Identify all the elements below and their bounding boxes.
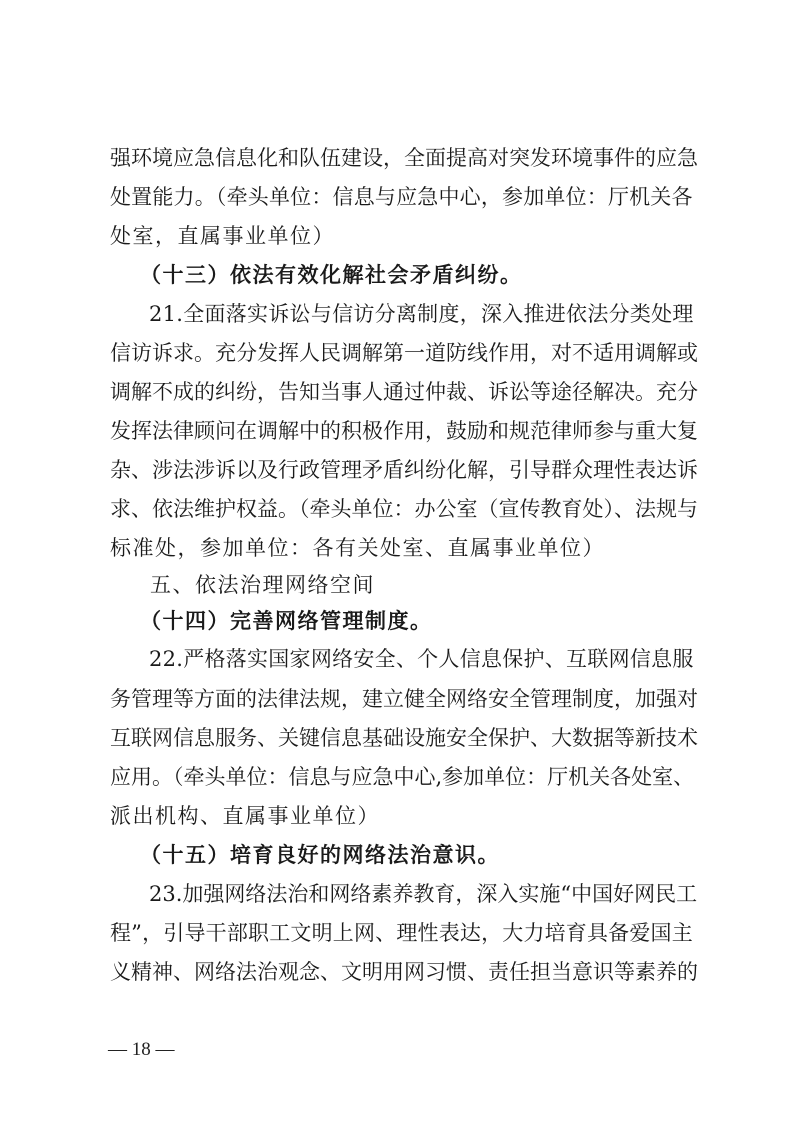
page-number: — 18 — (108, 1036, 175, 1064)
text-line: 处室，直属事业单位） (110, 221, 693, 251)
text-line: 互联网信息服务、关键信息基础设施安全保护、大数据等新技术 (110, 723, 693, 753)
paragraph-23-start: 23.加强网络法治和网络素养教育，深入实施“中国好网民工 (149, 879, 693, 909)
paragraph-22-start: 22.严格落实国家网络安全、个人信息保护、互联网信息服 (149, 644, 693, 674)
subheading-13: （十三）依法有效化解社会矛盾纠纷。 (140, 260, 684, 290)
text-line: 应用。（牵头单位：信息与应急中心,参加单位：厅机关各处室、 (110, 762, 693, 792)
document-page: 强环境应急信息化和队伍建设，全面提高对突发环境事件的应急 处置能力。（牵头单位：… (0, 0, 793, 1121)
text-line: 强环境应急信息化和队伍建设，全面提高对突发环境事件的应急 (110, 143, 693, 173)
text-line: 标准处，参加单位：各有关处室、直属事业单位） (110, 533, 693, 563)
section-heading-5: 五、依法治理网络空间 (150, 570, 694, 600)
text-line: 派出机构、直属事业单位） (110, 801, 693, 831)
text-line: 求、依法维护权益。（牵头单位：办公室（宣传教育处）、法规与 (110, 494, 693, 524)
text-line: 发挥法律顾问在调解中的积极作用，鼓励和规范律师参与重大复 (110, 416, 693, 446)
text-line: 处置能力。（牵头单位：信息与应急中心，参加单位：厅机关各 (110, 182, 693, 212)
paragraph-21-start: 21.全面落实诉讼与信访分离制度，深入推进依法分类处理 (149, 299, 693, 329)
text-line: 调解不成的纠纷，告知当事人通过仲裁、诉讼等途径解决。充分 (110, 377, 693, 407)
text-line: 义精神、网络法治观念、文明用网习惯、责任担当意识等素养的 (110, 957, 693, 987)
text-line: 信访诉求。充分发挥人民调解第一道防线作用，对不适用调解或 (110, 338, 693, 368)
text-line: 杂、涉法涉诉以及行政管理矛盾纠纷化解，引导群众理性表达诉 (110, 455, 693, 485)
text-line: 务管理等方面的法律法规，建立健全网络安全管理制度，加强对 (110, 684, 693, 714)
text-line: 程”，引导干部职工文明上网、理性表达，大力培育具备爱国主 (110, 918, 693, 948)
subheading-14: （十四）完善网络管理制度。 (140, 606, 684, 636)
subheading-15: （十五）培育良好的网络法治意识。 (140, 840, 684, 870)
